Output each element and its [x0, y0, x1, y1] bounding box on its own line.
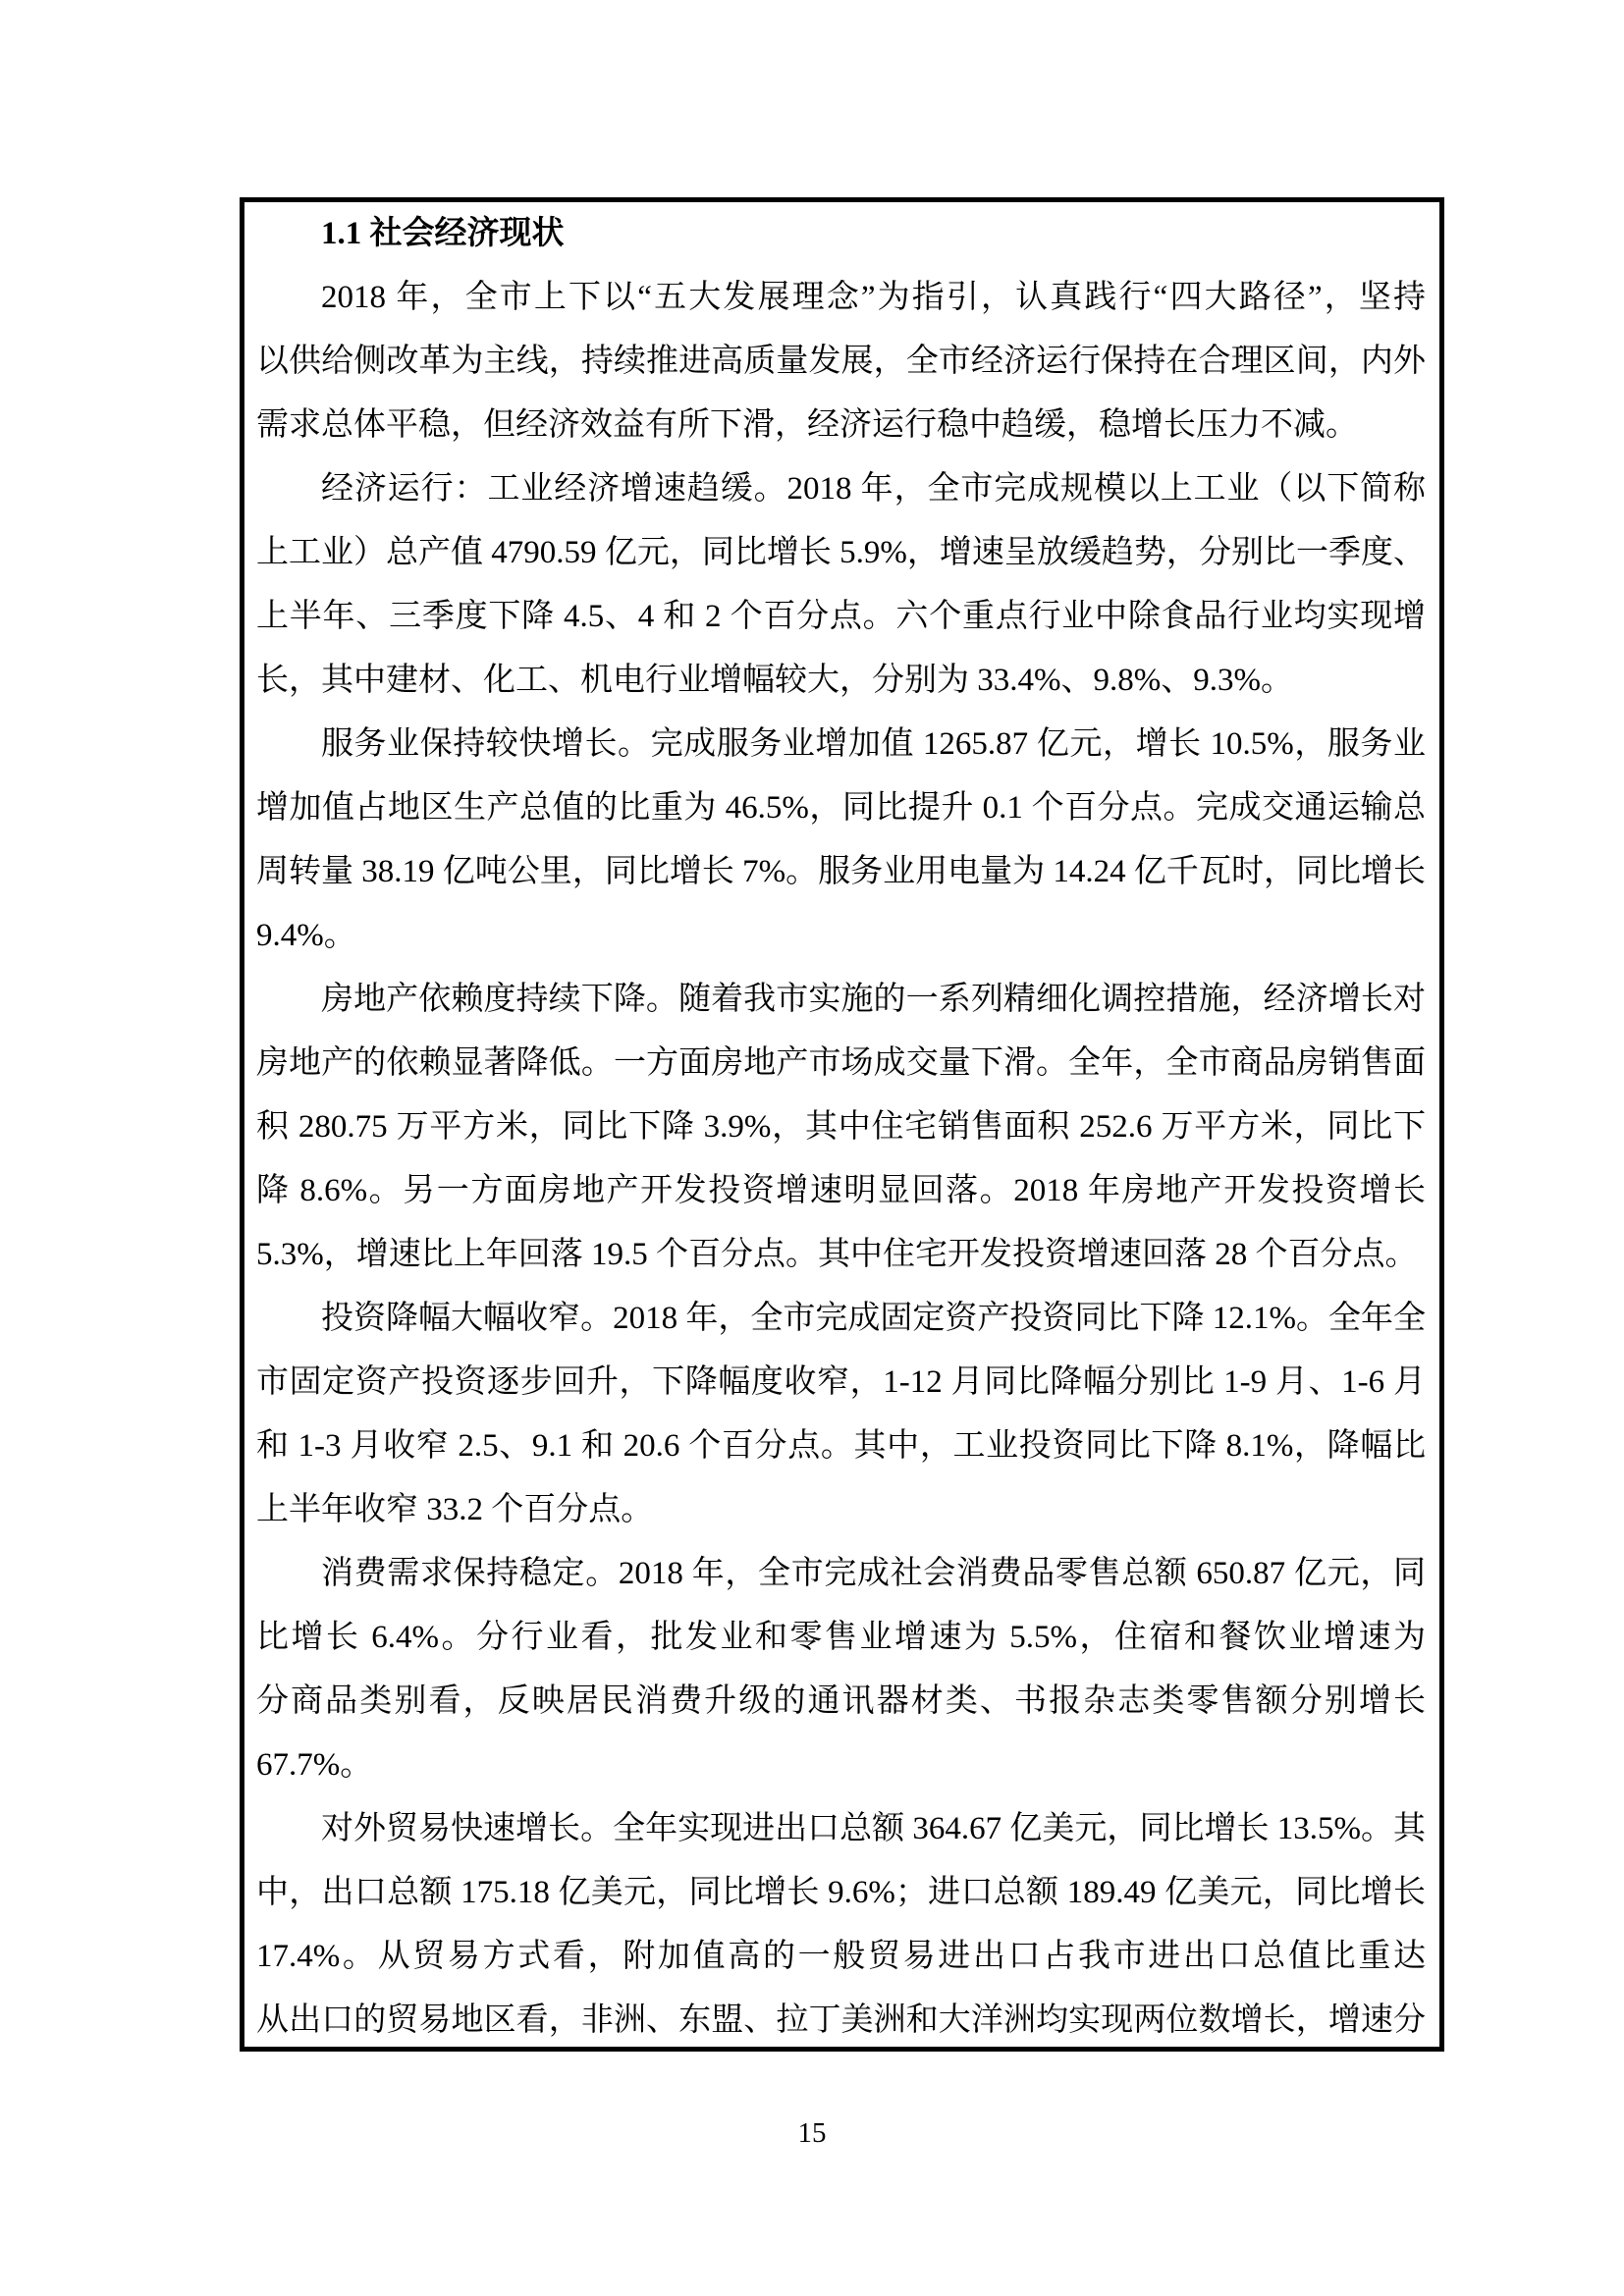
- text-line: 周转量 38.19 亿吨公里，同比增长 7%。服务业用电量为 14.24 亿千瓦…: [256, 840, 1426, 904]
- text-line: 17.4%。从贸易方式看，附加值高的一般贸易进出口占我市进出口总值比重达 81%…: [256, 1925, 1426, 1989]
- text-line: 上半年、三季度下降 4.5、4 和 2 个百分点。六个重点行业中除食品行业均实现…: [256, 585, 1426, 649]
- document-page: 1.1 社会经济现状 2018 年，全市上下以“五大发展理念”为指引，认真践行“…: [0, 0, 1624, 2296]
- text-line: 以供给侧改革为主线，持续推进高质量发展，全市经济运行保持在合理区间，内外: [256, 330, 1426, 394]
- text-line: 中，出口总额 175.18 亿美元，同比增长 9.6%；进口总额 189.49 …: [256, 1861, 1426, 1925]
- page-number: 15: [0, 2116, 1624, 2150]
- text-line: 消费需求保持稳定。2018 年，全市完成社会消费品零售总额 650.87 亿元，…: [256, 1542, 1426, 1606]
- text-line: 对外贸易快速增长。全年实现进出口总额 364.67 亿美元，同比增长 13.5%…: [256, 1797, 1426, 1861]
- text-line: 比增长 6.4%。分行业看，批发业和零售业增速为 5.5%，住宿和餐饮业增速为 …: [256, 1606, 1426, 1670]
- text-line: 降 8.6%。另一方面房地产开发投资增速明显回落。2018 年房地产开发投资增长: [256, 1159, 1426, 1223]
- text-line: 上半年收窄 33.2 个百分点。: [256, 1478, 1426, 1542]
- text-line: 2018 年，全市上下以“五大发展理念”为指引，认真践行“四大路径”，坚持: [256, 266, 1426, 330]
- text-line: 9.4%。: [256, 904, 1426, 968]
- bordered-text-frame: 1.1 社会经济现状 2018 年，全市上下以“五大发展理念”为指引，认真践行“…: [240, 197, 1444, 2052]
- text-line: 经济运行：工业经济增速趋缓。2018 年，全市完成规模以上工业（以下简称规: [256, 457, 1426, 521]
- text-line: 积 280.75 万平方米，同比下降 3.9%，其中住宅销售面积 252.6 万…: [256, 1095, 1426, 1159]
- section-heading: 1.1 社会经济现状: [256, 202, 1426, 266]
- text-line: 投资降幅大幅收窄。2018 年，全市完成固定资产投资同比下降 12.1%。全年全: [256, 1287, 1426, 1351]
- text-line: 和 1-3 月收窄 2.5、9.1 和 20.6 个百分点。其中，工业投资同比下…: [256, 1415, 1426, 1478]
- text-line: 上工业）总产值 4790.59 亿元，同比增长 5.9%，增速呈放缓趋势，分别比…: [256, 521, 1426, 585]
- text-line: 增加值占地区生产总值的比重为 46.5%，同比提升 0.1 个百分点。完成交通运…: [256, 776, 1426, 840]
- text-line: 房地产的依赖显著降低。一方面房地产市场成交量下滑。全年，全市商品房销售面: [256, 1032, 1426, 1095]
- text-line: 长，其中建材、化工、机电行业增幅较大，分别为 33.4%、9.8%、9.3%。: [256, 649, 1426, 713]
- text-line: 房地产依赖度持续下降。随着我市实施的一系列精细化调控措施，经济增长对: [256, 968, 1426, 1032]
- text-line: 需求总体平稳，但经济效益有所下滑，经济运行稳中趋缓，稳增长压力不减。: [256, 394, 1426, 457]
- text-line: 服务业保持较快增长。完成服务业增加值 1265.87 亿元，增长 10.5%，服…: [256, 713, 1426, 776]
- text-line: 市固定资产投资逐步回升，下降幅度收窄，1-12 月同比降幅分别比 1-9 月、1…: [256, 1351, 1426, 1415]
- text-line: 5.3%，增速比上年回落 19.5 个百分点。其中住宅开发投资增速回落 28 个…: [256, 1223, 1426, 1287]
- text-line: 67.7%。: [256, 1734, 1426, 1797]
- text-line: 分商品类别看，反映居民消费升级的通讯器材类、书报杂志类零售额分别增长 7.8%、: [256, 1670, 1426, 1734]
- text-line: 从出口的贸易地区看，非洲、东盟、拉丁美洲和大洋洲均实现两位数增长，增速分: [256, 1989, 1426, 2052]
